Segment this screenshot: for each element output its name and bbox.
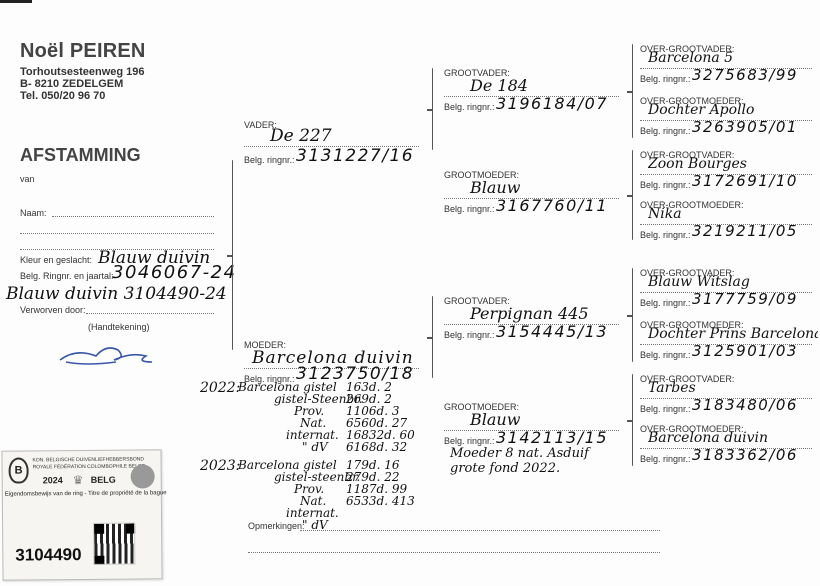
federation-name: KON. BELGISCHE DUIVENLIEFHEBBERSBOND ROY…: [32, 456, 145, 471]
great-grandparent-ring-label: Belg. ringnr.:: [640, 454, 691, 464]
great-grandparent-name: Blauw Witslag: [648, 274, 750, 290]
breeder-name: Noël PEIREN: [20, 40, 146, 63]
parents-brace: [232, 160, 233, 350]
acquired-label: Verworven door:: [20, 305, 86, 315]
great-grandparent-ring: 3263905/01: [692, 118, 798, 136]
extra-bird-line: Blauw duivin 3104490-24: [6, 284, 227, 304]
globe-pigeon-icon: [131, 464, 155, 488]
ggp-brace-2: [632, 150, 633, 240]
acquired-field[interactable]: [86, 313, 214, 314]
result-year: 2023:: [200, 458, 240, 474]
name-label: Naam:: [20, 208, 47, 218]
great-grandparent-name: Barcelona 5: [648, 50, 733, 66]
grandparent-ring-label: Belg. ringnr.:: [444, 330, 495, 340]
grandparent-name: Perpignan 445: [470, 304, 589, 323]
grandparent-ring: 3154445/13: [496, 322, 608, 341]
great-grandparent-name: Dochter Apollo: [648, 102, 754, 118]
ring-year: 2024: [43, 475, 63, 485]
grandparent-name: Blauw: [470, 410, 520, 429]
great-grandparent-ring-label: Belg. ringnr.:: [640, 350, 691, 360]
father-ring-label: Belg. ringnr.:: [244, 155, 295, 165]
grandparents-brace-paternal: [432, 68, 433, 150]
great-grandparent-name: Tarbes: [648, 380, 696, 396]
remarks-field-line2: [248, 552, 660, 553]
great-grandparent-ring-label: Belg. ringnr.:: [640, 298, 691, 308]
father-name: De 227: [270, 126, 332, 146]
grandparents-brace-maternal: [432, 296, 433, 378]
great-grandparent-ring: 3125901/03: [692, 342, 798, 360]
signature-image: [56, 340, 156, 368]
name-field-line2: [20, 233, 214, 234]
great-grandparent-ring: 3219211/05: [692, 222, 798, 240]
grandparent-ring-label: Belg. ringnr.:: [444, 204, 495, 214]
breeder-phone: Tel. 050/20 96 70: [20, 90, 105, 102]
federation-logo-icon: B: [8, 457, 28, 483]
breeder-address-city: B- 8210 ZEDELGEM: [20, 78, 123, 90]
crown-icon: ♛: [73, 473, 84, 487]
grandparent-note: Moeder 8 nat. Asduif grote fond 2022.: [450, 446, 620, 476]
result-race: " dV: [302, 440, 328, 454]
ring-label: Belg. Ringnr. en jaartal:: [20, 271, 114, 281]
great-grandparent-ring-label: Belg. ringnr.:: [640, 74, 691, 84]
result-value: 6168d. 32: [346, 440, 407, 454]
great-grandparent-ring-label: Belg. ringnr.:: [640, 180, 691, 190]
result-year: 2022:: [200, 380, 240, 396]
great-grandparent-ring: 3183480/06: [692, 396, 798, 414]
ring-number: 3104490: [15, 545, 81, 566]
great-grandparent-ring: 3177759/09: [692, 290, 798, 308]
great-grandparent-name: Zoon Bourges: [648, 156, 747, 172]
van-label: van: [20, 174, 35, 184]
grandparent-ring-label: Belg. ringnr.:: [444, 436, 495, 446]
federation-name-fr: ROYALE FÉDÉRATION COLOMBOPHILE BELGE: [33, 463, 146, 471]
result-value: 6533d. 413: [346, 494, 415, 508]
ggp-brace-1: [632, 44, 633, 138]
great-grandparent-name: Dochter Prins Barcelona: [648, 326, 818, 342]
ownership-text: Eigendomsbewijs van de ring - Titre de p…: [5, 490, 167, 497]
grandparent-ring: 3196184/07: [496, 94, 608, 113]
grandparent-ring-label: Belg. ringnr.:: [444, 102, 495, 112]
ring-value: 3046067-24: [112, 262, 237, 283]
qr-code-icon: [93, 523, 135, 565]
grandparent-ring: 3142113/15: [496, 428, 608, 447]
father-ring: 3131227/16: [296, 146, 414, 166]
great-grandparent-ring-label: Belg. ringnr.:: [640, 230, 691, 240]
signature-label: (Handtekening): [88, 322, 150, 332]
great-grandparent-ring: 3172691/10: [692, 172, 798, 190]
grandparent-ring: 3167760/11: [496, 196, 608, 215]
grandparent-name: Blauw: [470, 178, 520, 197]
top-mark: [0, 0, 32, 3]
great-grandparent-name: Barcelona duivin: [648, 430, 768, 446]
remarks-field[interactable]: [300, 530, 660, 531]
great-grandparent-ring-label: Belg. ringnr.:: [640, 404, 691, 414]
breeder-address-street: Torhoutsesteenweg 196: [20, 66, 145, 78]
pedigree-title: AFSTAMMING: [20, 145, 141, 166]
ring-country: BELG: [91, 475, 116, 485]
ggp-brace-4: [632, 374, 633, 466]
ring-ownership-card: B KON. BELGISCHE DUIVENLIEFHEBBERSBOND R…: [1, 449, 162, 580]
color-sex-label: Kleur en geslacht:: [20, 255, 92, 265]
great-grandparent-name: Nika: [648, 206, 682, 222]
great-grandparent-ring: 3275683/99: [692, 66, 798, 84]
ggp-brace-3: [632, 268, 633, 362]
great-grandparent-ring-label: Belg. ringnr.:: [640, 126, 691, 136]
name-field[interactable]: [52, 216, 214, 217]
great-grandparent-ring: 3183362/06: [692, 446, 798, 464]
grandparent-name: De 184: [470, 76, 528, 95]
remarks-label: Opmerkingen:: [248, 521, 305, 531]
